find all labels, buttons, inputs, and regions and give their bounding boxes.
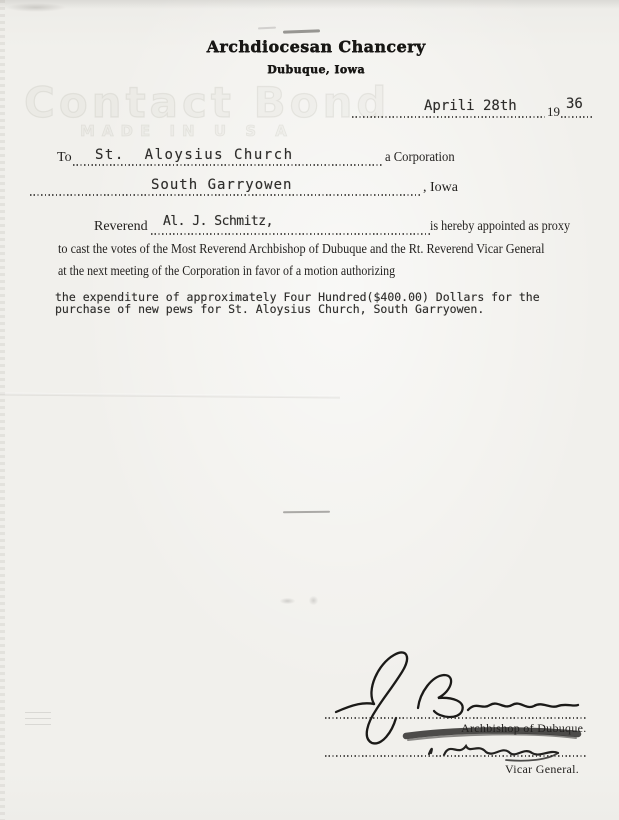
body-text-line2: at the next meeting of the Corporation i… — [58, 264, 395, 280]
ink-smudge-mark — [283, 29, 320, 33]
vicar-title: Vicar General. — [505, 762, 579, 777]
pen-dash-mark — [283, 511, 330, 513]
vicar-signature-line — [325, 755, 586, 757]
letterhead-city: Dubuque, Iowa — [166, 63, 466, 76]
body-text-line1: to cast the votes of the Most Reverend A… — [58, 242, 545, 258]
proxy-suffix: is hereby appointed as proxy — [430, 219, 570, 235]
to-label: To — [57, 150, 72, 166]
letterhead-title: Archdiocesan Chancery — [166, 37, 466, 56]
place-dotted-line — [30, 194, 420, 196]
date-dotted-line — [352, 116, 545, 118]
corporation-suffix: a Corporation — [385, 150, 455, 166]
year-dotted-line — [561, 116, 592, 118]
faint-stamp-residue — [25, 712, 51, 730]
reverend-label: Reverend — [94, 219, 148, 235]
pencil-smudge-left — [280, 598, 295, 604]
typed-place: South Garryowen — [151, 177, 292, 193]
typed-paragraph-line2: purchase of new pews for St. Aloysius Ch… — [55, 302, 484, 316]
top-edge-shadow — [0, 0, 619, 9]
ink-smudge-mark-faint — [258, 27, 276, 30]
typed-addressee: St. Aloysius Church — [95, 147, 294, 163]
paper-watermark-brand: Contact Bond — [24, 78, 390, 127]
to-dotted-line — [73, 164, 384, 166]
pencil-smudge-right — [309, 596, 318, 605]
paper-watermark-origin: MADE IN U S A — [80, 122, 294, 140]
deckled-left-edge — [0, 0, 5, 820]
fold-crease — [0, 393, 340, 399]
printed-year-prefix: 19 — [547, 104, 560, 120]
typed-date: Aprili 28th — [424, 98, 517, 114]
scanned-letter: Contact Bond MADE IN U S A Archdiocesan … — [0, 0, 619, 820]
typed-year: 36 — [566, 96, 583, 112]
reverend-dotted-line — [151, 233, 430, 235]
archbishop-signature-line — [325, 717, 586, 719]
top-left-smudge — [6, 3, 66, 12]
typed-proxy-name: Al. J. Schmitz, — [163, 214, 273, 229]
state-suffix: , Iowa — [423, 180, 458, 196]
